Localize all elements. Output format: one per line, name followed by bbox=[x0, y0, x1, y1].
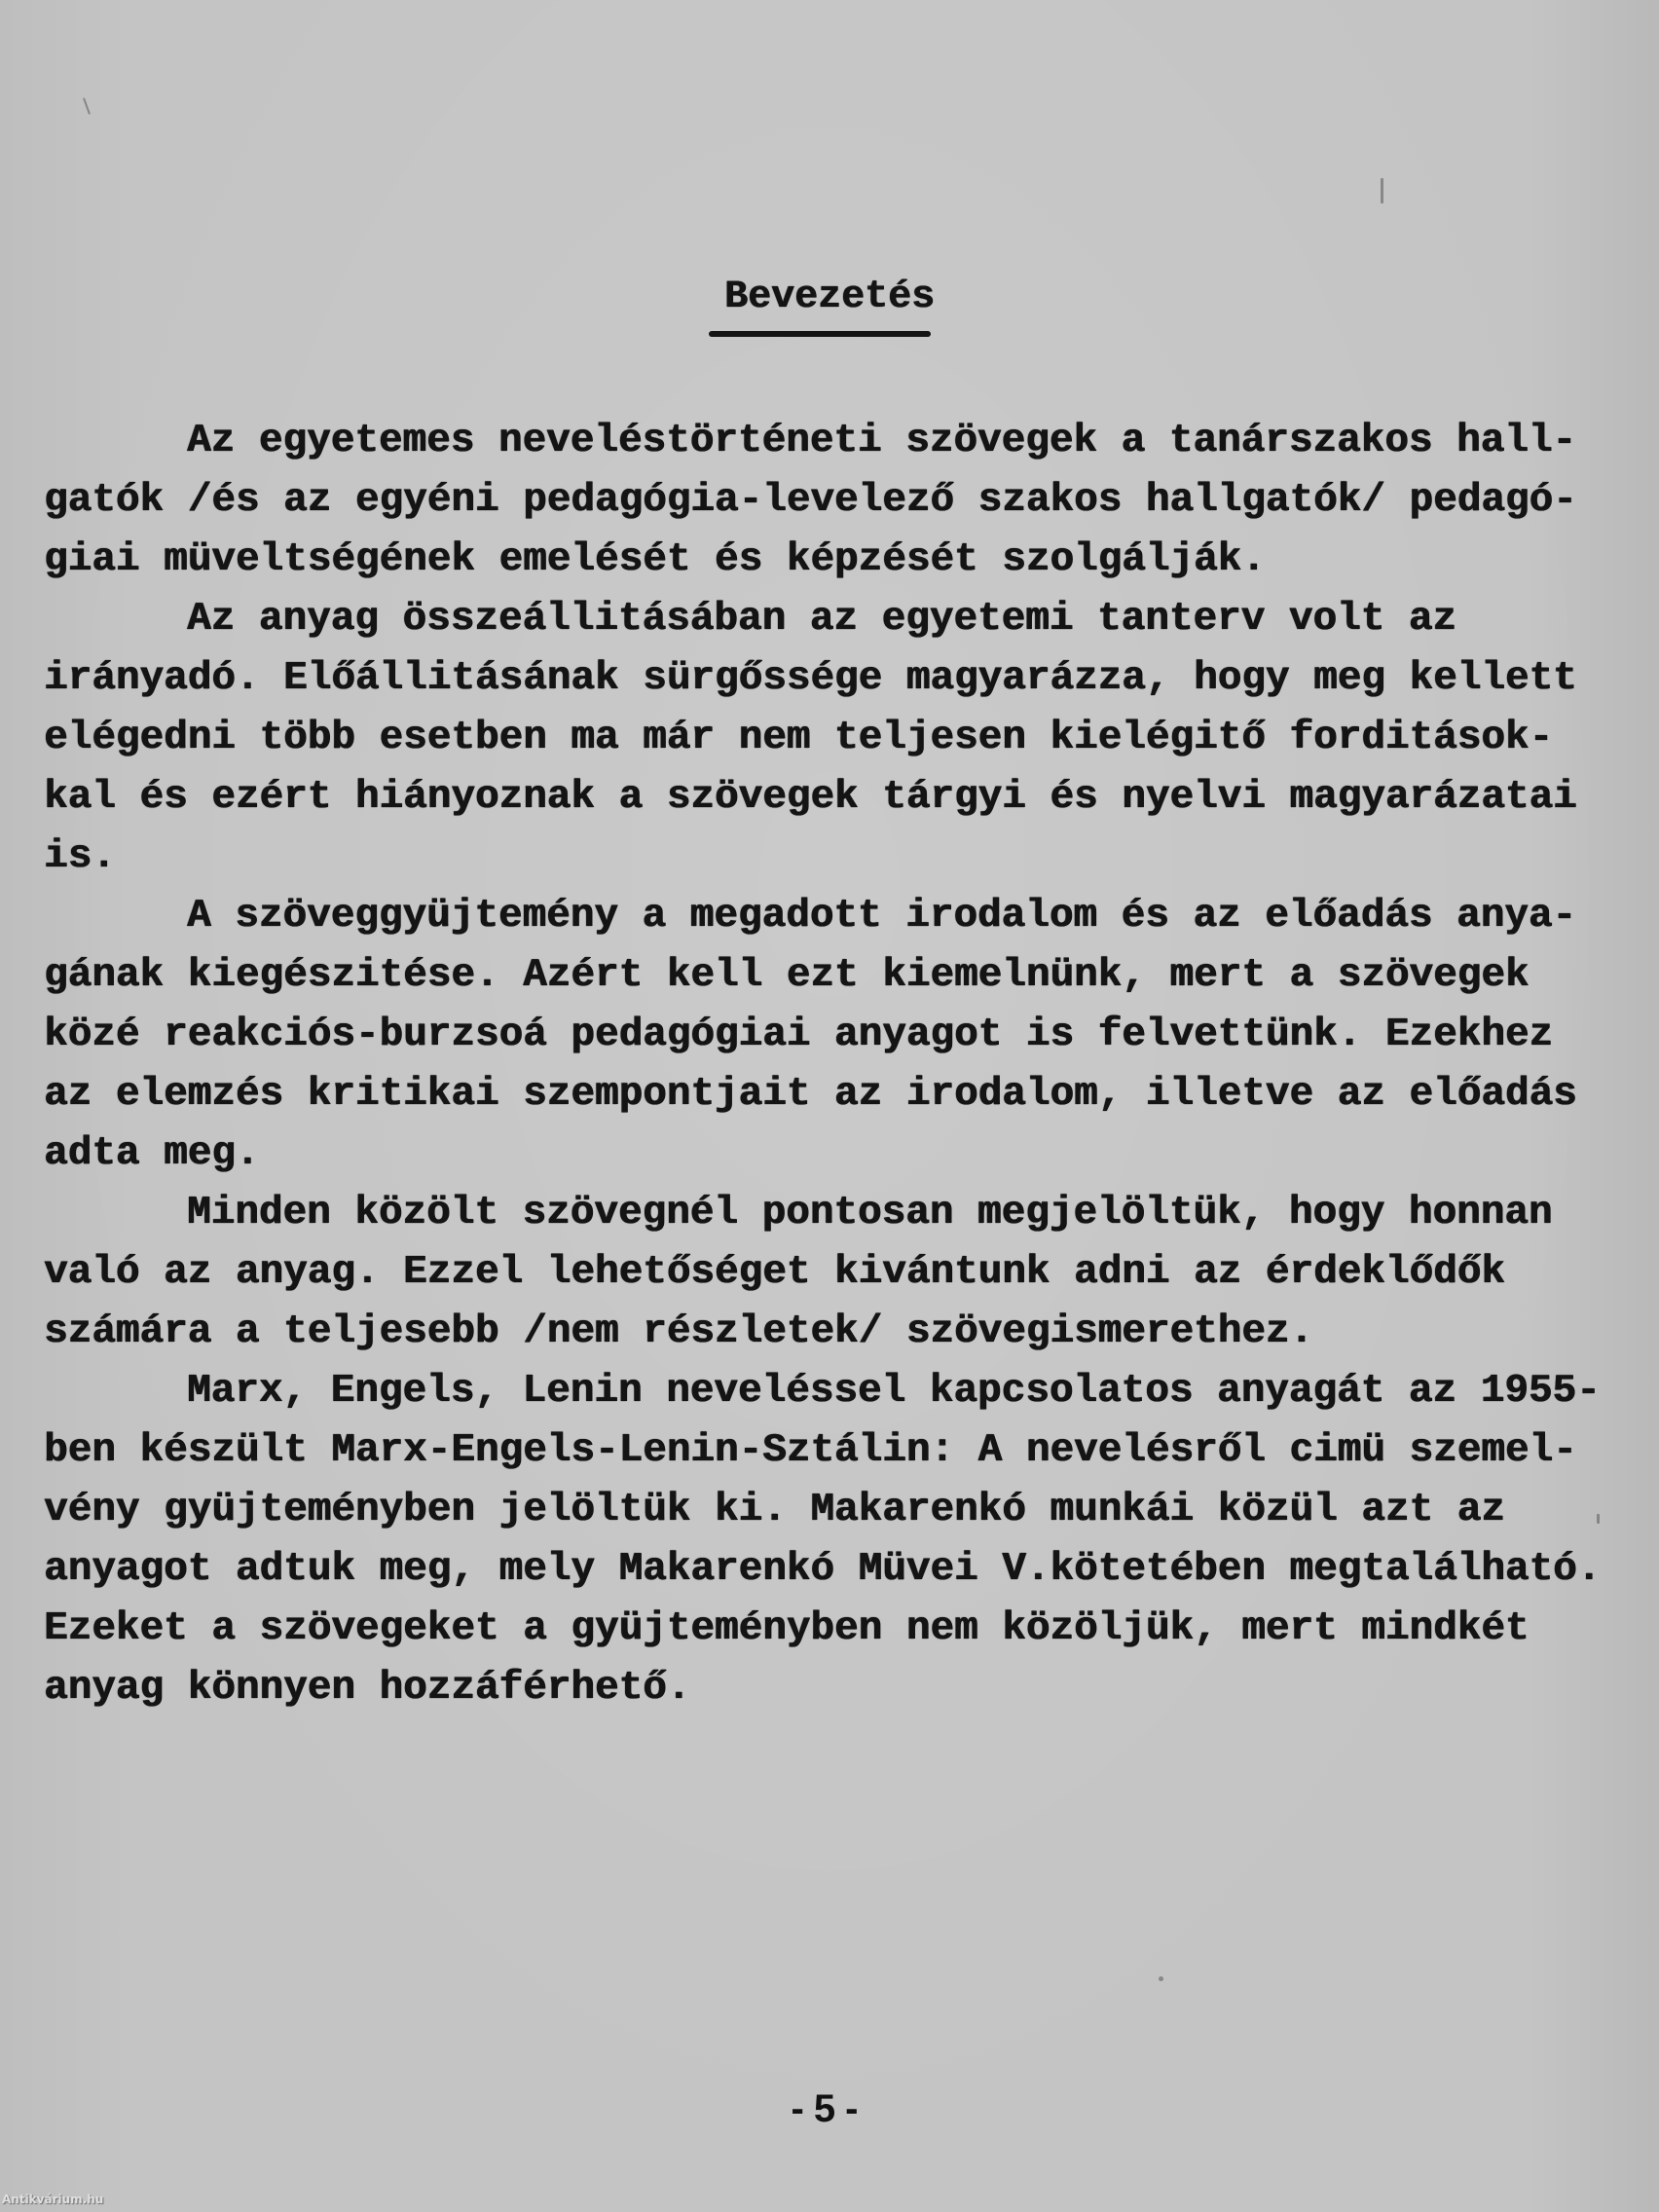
page-number: -5- bbox=[0, 2087, 1659, 2131]
paragraph-1-line-2: gatók /és az egyéni pedagógia-levelező s… bbox=[44, 471, 1641, 531]
paragraph-4-line-1: Minden közölt szövegnél pontosan megjelö… bbox=[44, 1184, 1641, 1243]
paragraph-2-line-2: irányadó. Előállitásának sürgőssége magy… bbox=[44, 649, 1641, 709]
paragraph-5-line-2: ben készült Marx-Engels-Lenin-Sztálin: A… bbox=[44, 1421, 1641, 1481]
paragraph-5-line-1: Marx, Engels, Lenin neveléssel kapcsolat… bbox=[44, 1362, 1641, 1421]
paragraph-3-line-4: az elemzés kritikai szempontjait az irod… bbox=[44, 1065, 1641, 1124]
paragraph-5-line-6: anyag könnyen hozzáférhető. bbox=[44, 1659, 1641, 1718]
heading-underline bbox=[709, 331, 931, 337]
paragraph-5-line-4: anyagot adtuk meg, mely Makarenkó Müvei … bbox=[44, 1540, 1641, 1600]
paragraph-4-line-3: számára a teljesebb /nem részletek/ szöv… bbox=[44, 1303, 1641, 1362]
paragraph-1-line-1: Az egyetemes neveléstörténeti szövegek a… bbox=[44, 412, 1641, 471]
paragraph-2-line-1: Az anyag összeállitásában az egyetemi ta… bbox=[44, 590, 1641, 649]
paragraph-3-line-1: A szöveggyüjtemény a megadott irodalom é… bbox=[44, 887, 1641, 946]
paragraph-2-line-5: is. bbox=[44, 828, 1641, 887]
page-heading: Bevezetés bbox=[0, 275, 1659, 321]
paper-speck bbox=[83, 97, 91, 115]
paragraph-5-line-5: Ezeket a szövegeket a gyüjteményben nem … bbox=[44, 1600, 1641, 1659]
paragraph-3-line-5: adta meg. bbox=[44, 1124, 1641, 1184]
paper-speck bbox=[1597, 1514, 1600, 1524]
document-page: Bevezetés Az egyetemes neveléstörténeti … bbox=[0, 0, 1659, 2212]
paragraph-5-line-3: vény gyüjteményben jelöltük ki. Makarenk… bbox=[44, 1481, 1641, 1540]
paragraph-2-line-3: elégedni több esetben ma már nem teljese… bbox=[44, 709, 1641, 768]
paragraph-1-line-3: giai müveltségének emelését és képzését … bbox=[44, 531, 1641, 590]
body-text: Az egyetemes neveléstörténeti szövegek a… bbox=[44, 412, 1641, 1718]
paragraph-3-line-2: gának kiegészitése. Azért kell ezt kieme… bbox=[44, 946, 1641, 1006]
watermark: Antikvárium.hu bbox=[2, 2193, 103, 2206]
paragraph-4-line-2: való az anyag. Ezzel lehetőséget kivántu… bbox=[44, 1243, 1641, 1303]
paragraph-3-line-3: közé reakciós-burzsoá pedagógiai anyagot… bbox=[44, 1006, 1641, 1065]
paper-speck bbox=[1381, 178, 1383, 203]
paragraph-2-line-4: kal és ezért hiányoznak a szövegek tárgy… bbox=[44, 768, 1641, 828]
paper-speck bbox=[1159, 1976, 1163, 1981]
